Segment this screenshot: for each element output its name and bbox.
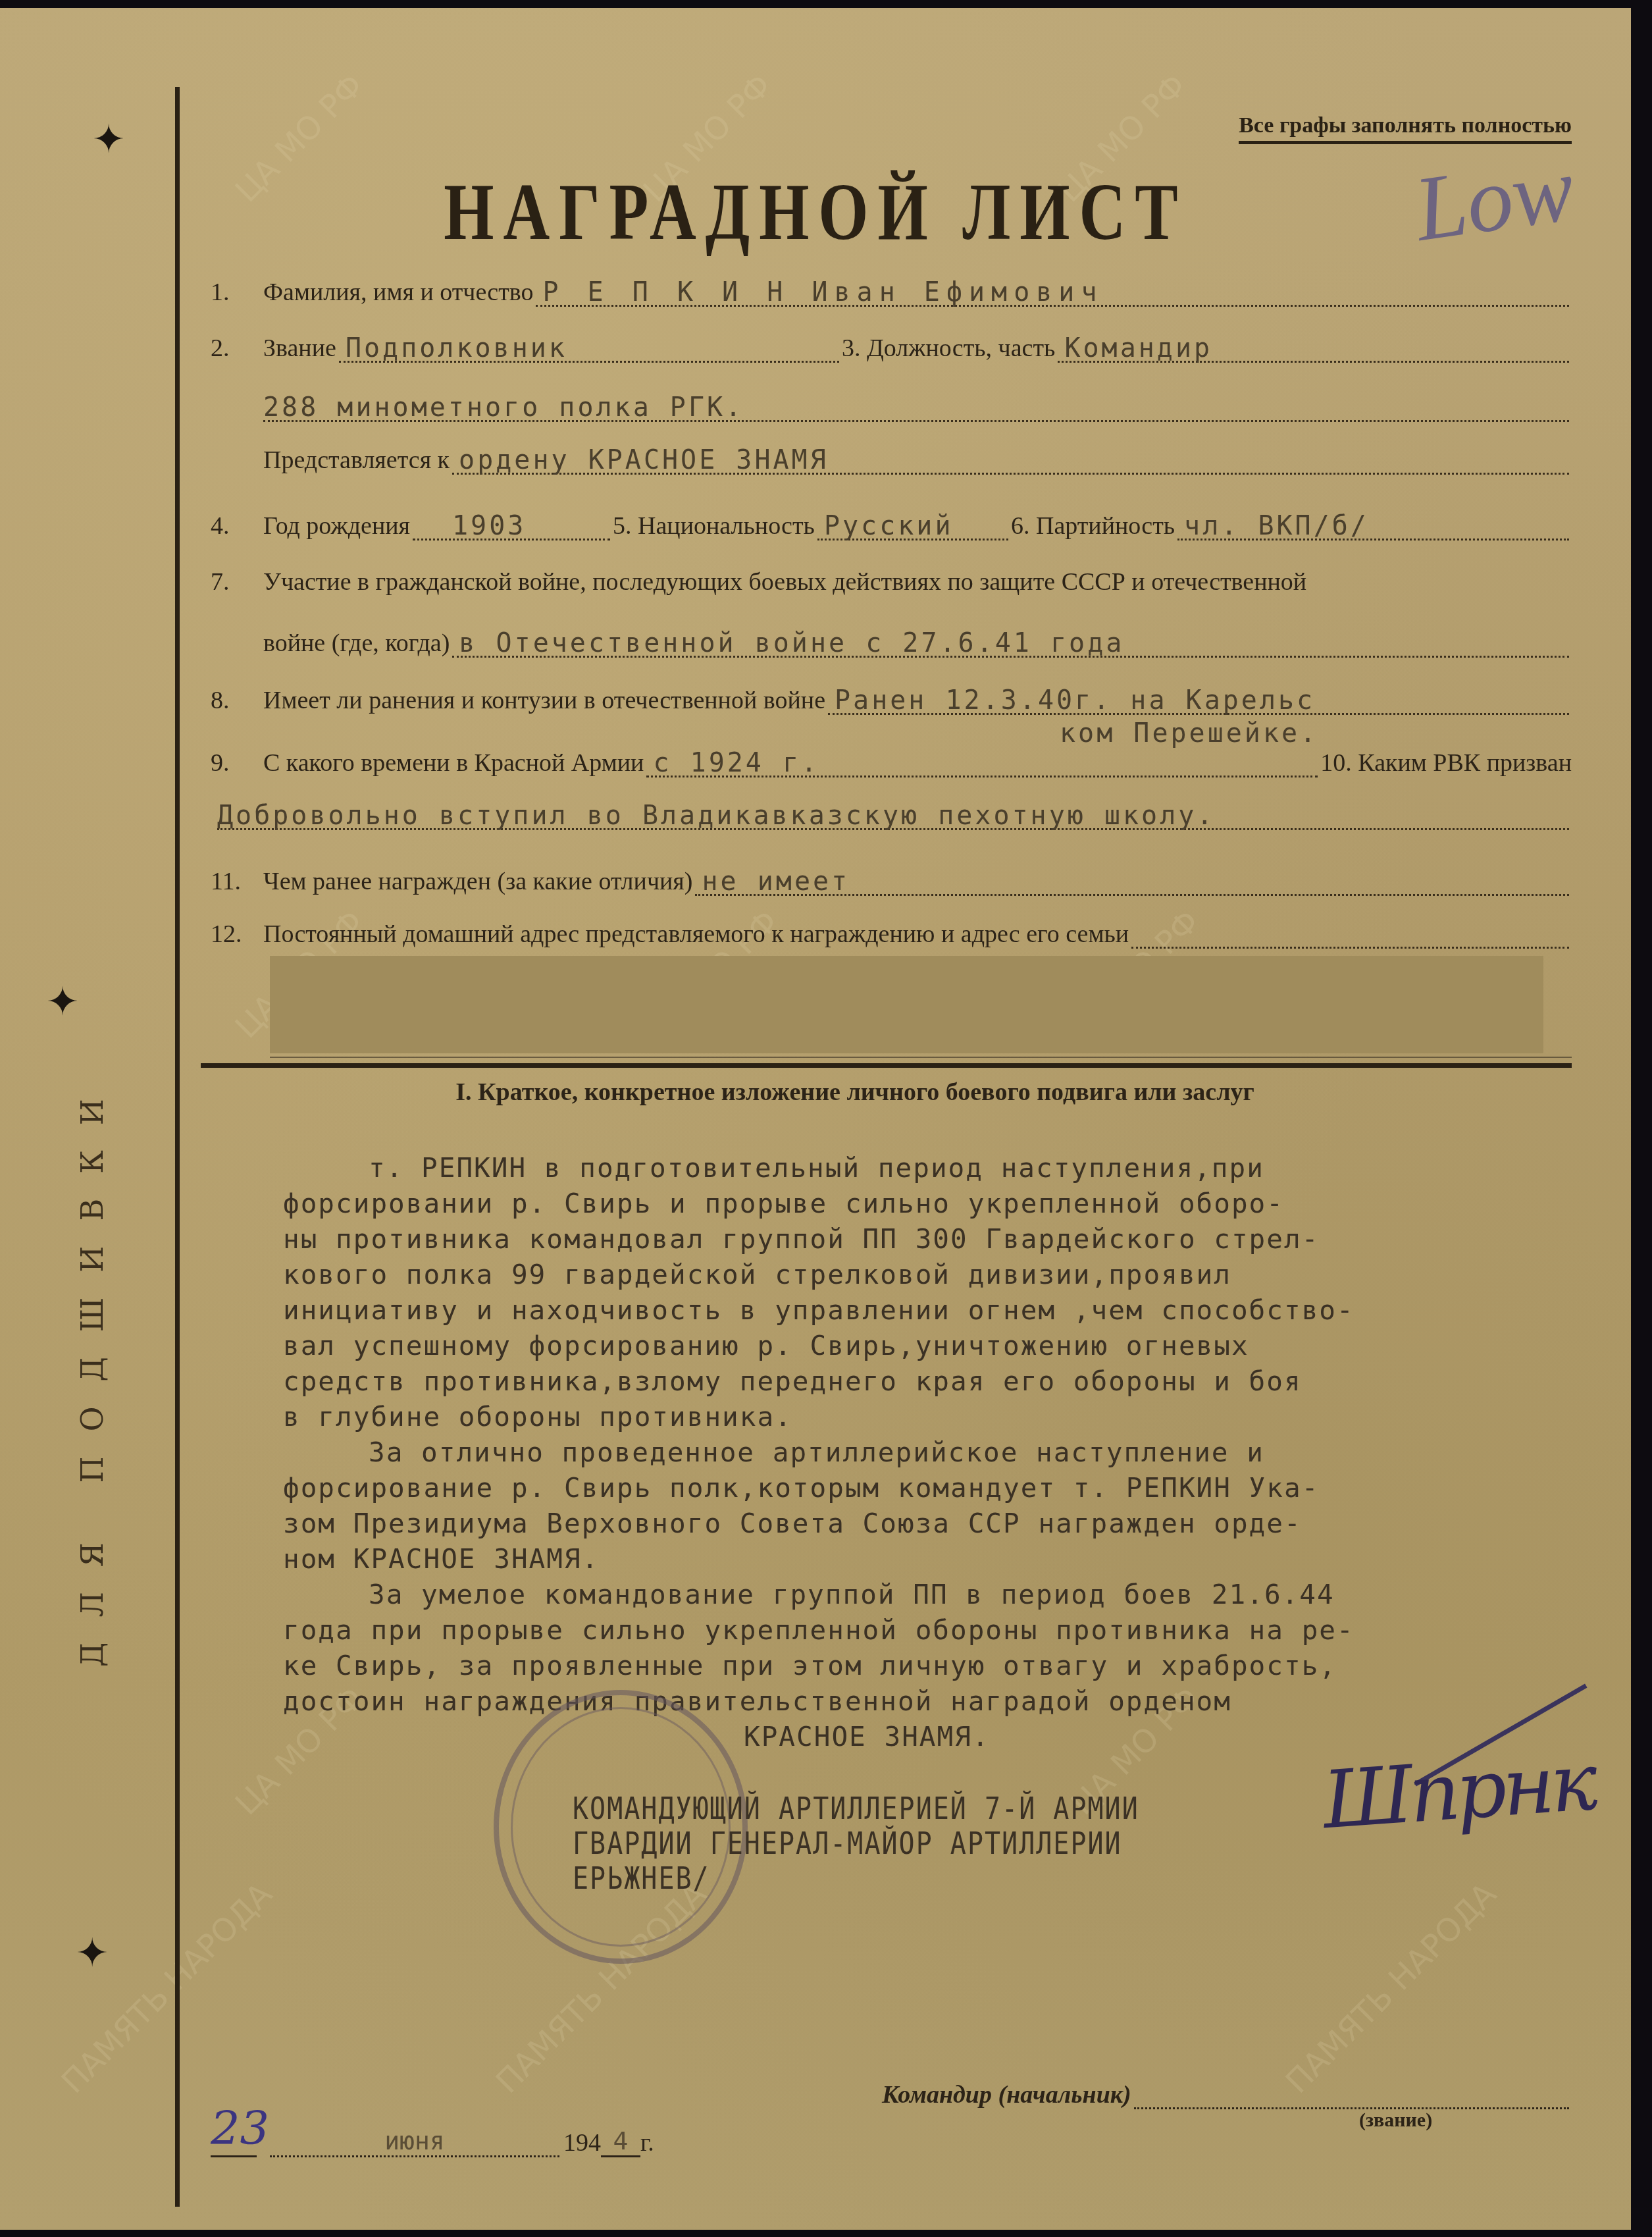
binding-margin-line — [175, 87, 180, 2207]
field-previous-awards: 11. Чем ранее награжден (за какие отличи… — [211, 864, 1572, 896]
field-value: Ранен 12.3.40г. на Карельс — [828, 685, 1315, 716]
field-value: Подполковник — [339, 333, 567, 363]
punch-hole-icon: ✦ — [92, 120, 125, 159]
narrative-line: в глубине обороны противника. — [283, 1399, 1565, 1434]
field-label: 10. Каким РВК призван — [1320, 749, 1572, 777]
narrative-line: кового полка 99 гвардейской стрелковой д… — [283, 1257, 1565, 1292]
date-line: 23 июня 194 4 г. — [211, 2101, 654, 2157]
field-label: С какого времени в Красной Армии — [263, 749, 644, 777]
handwritten-mark: Low — [1408, 136, 1580, 263]
instruction-note: Все графы заполнять полностью — [1239, 113, 1572, 144]
commander-label: Командир (начальник) — [882, 2080, 1131, 2109]
narrative-line: форсирование р. Свирь полк,которым коман… — [283, 1470, 1565, 1506]
date-year-suffix: 4 — [601, 2126, 640, 2157]
field-value: 288 минометного полка РГК. — [263, 392, 744, 423]
narrative-line: ке Свирь, за проявленные при этом личную… — [283, 1648, 1565, 1683]
signer-block: КОМАНДУЮЩИЙ АРТИЛЛЕРИЕЙ 7-Й АРМИИ ГВАРДИ… — [573, 1792, 1139, 1897]
field-label: Фамилия, имя и отчество — [263, 278, 533, 307]
narrative-line: За отлично проведенное артиллерийское на… — [283, 1434, 1565, 1470]
commander-signature-line: Командир (начальник) — [882, 2080, 1572, 2109]
field-value: Добровольно вступил во Владикавказскую п… — [217, 801, 1215, 831]
narrative-line: КРАСНОЕ ЗНАМЯ. — [283, 1719, 1565, 1754]
watermark: ПАМЯТЬ НАРОДА — [1279, 1876, 1504, 2101]
narrative-line: т. РЕПКИН в подготовительный период наст… — [283, 1150, 1565, 1186]
field-label: Год рождения — [263, 512, 410, 540]
field-value: ордену КРАСНОЕ ЗНАМЯ — [452, 445, 829, 475]
field-label: 3. Должность, часть — [842, 334, 1056, 363]
field-label: Участие в гражданской войне, последующих… — [263, 567, 1306, 596]
redacted-address-block — [270, 956, 1543, 1053]
field-birth-nationality-party: 4. Год рождения 1903 5. Национальность Р… — [211, 508, 1572, 540]
narrative-line: средств противника,взлому переднего края… — [283, 1363, 1565, 1399]
field-label: Представляется к — [263, 446, 450, 475]
field-draft-office: Добровольно вступил во Владикавказскую п… — [217, 798, 1572, 830]
narrative-line: зом Президиума Верховного Совета Союза С… — [283, 1506, 1565, 1541]
narrative-text: т. РЕПКИН в подготовительный период наст… — [283, 1150, 1565, 1754]
field-home-address: 12. Постоянный домашний адрес представля… — [211, 920, 1572, 949]
field-war-participation-cont: войне (где, когда) в Отечественной войне… — [263, 625, 1572, 658]
field-label: Звание — [263, 334, 336, 363]
field-army-since: 9. С какого времени в Красной Армии с 19… — [211, 745, 1572, 777]
field-value: с 1924 г. — [646, 748, 819, 778]
binding-margin-text: ДЛЯ ПОДШИВКИ — [66, 627, 118, 1667]
field-unit-continuation: 288 минометного полка РГК. — [263, 390, 1572, 422]
field-label: Постоянный домашний адрес представляемог… — [263, 920, 1129, 949]
field-value: ком Перешейке. — [1053, 718, 1318, 749]
field-label: 5. Национальность — [613, 512, 815, 540]
narrative-line: форсировании р. Свирь и прорыве сильно у… — [283, 1186, 1565, 1221]
field-rank-position: 2. Звание Подполковник 3. Должность, час… — [211, 330, 1572, 363]
page-title: НАГРАДНОЙ ЛИСТ — [0, 167, 1631, 259]
date-day: 23 — [211, 2101, 257, 2157]
date-month: июня — [270, 2126, 559, 2157]
narrative-line: За умелое командование группой ПП в пери… — [283, 1577, 1565, 1612]
field-value: в Отечественной войне с 27.6.41 года — [452, 628, 1124, 658]
field-value: чл. ВКП/б/ — [1177, 511, 1369, 541]
narrative-line: ном КРАСНОЕ ЗНАМЯ. — [283, 1541, 1565, 1577]
field-value: Русский — [817, 511, 954, 541]
punch-hole-icon: ✦ — [76, 1934, 109, 1973]
field-value: не имеет — [695, 866, 850, 897]
field-label: 6. Партийность — [1011, 512, 1175, 540]
field-label: войне (где, когда) — [263, 629, 450, 658]
narrative-line: инициативу и находчивость в управлении о… — [283, 1292, 1565, 1328]
field-value: 1903 — [413, 511, 526, 541]
field-value: Р Е П К И Н Иван Ефимович — [536, 277, 1103, 307]
field-label: Чем ранее награжден (за какие отличия) — [263, 867, 692, 896]
field-war-participation: 7. Участие в гражданской войне, последую… — [211, 567, 1572, 596]
narrative-line: вал успешному форсированию р. Свирь,унич… — [283, 1328, 1565, 1363]
field-label: Имеет ли ранения и контузии в отечествен… — [263, 686, 825, 715]
divider-line — [270, 1057, 1572, 1058]
field-award: Представляется к ордену КРАСНОЕ ЗНАМЯ — [263, 442, 1572, 475]
field-value: Командир — [1058, 333, 1212, 363]
narrative-line: года при прорыве сильно укрепленной обор… — [283, 1612, 1565, 1648]
field-wounds-cont: ком Перешейке. — [1053, 716, 1572, 746]
narrative-line: ны противника командовал группой ПП 300 … — [283, 1221, 1565, 1257]
narrative-heading: I. Краткое, конкретное изложение личного… — [0, 1078, 1631, 1107]
award-sheet-page: ЦА МО РФ ЦА МО РФ ЦА МО РФ ЦА МО РФ ЦА М… — [0, 8, 1631, 2230]
rank-caption: (звание) — [1359, 2109, 1432, 2132]
divider-line — [201, 1063, 1572, 1068]
handwritten-signature: Шпрнк — [1320, 1737, 1597, 1847]
field-full-name: 1. Фамилия, имя и отчество Р Е П К И Н И… — [211, 275, 1572, 307]
field-wounds: 8. Имеет ли ранения и контузии в отечест… — [211, 683, 1572, 715]
narrative-line: достоин награждения правительственной на… — [283, 1683, 1565, 1719]
watermark: ПАМЯТЬ НАРОДА — [55, 1876, 280, 2101]
